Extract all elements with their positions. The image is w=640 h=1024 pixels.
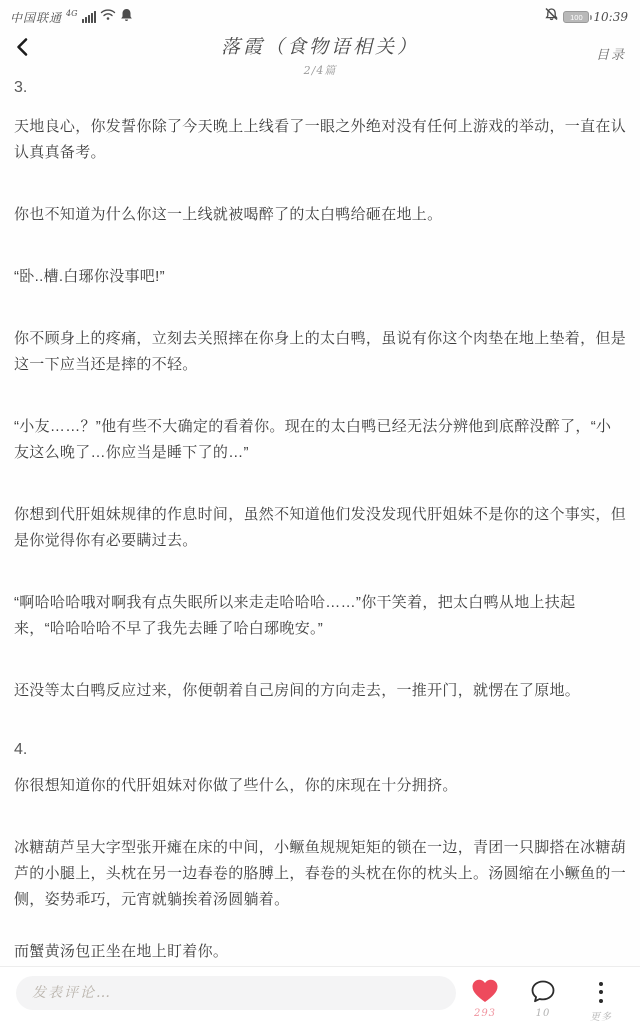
story-paragraph: “啊哈哈哈哦对啊我有点失眠所以来走走哈哈哈……”你干笑着，把太白鸭从地上扶起来，…	[14, 590, 626, 642]
comment-bar: 293 10 更多	[0, 966, 640, 1024]
section-number: 4.	[14, 740, 626, 760]
story-paragraph: “卧..槽.白琊你没事吧!”	[14, 264, 626, 290]
page-title: 落霞（食物语相关）	[0, 28, 640, 59]
status-bar: 中国联通 4G 100 10:39	[0, 0, 640, 28]
story-paragraph: 天地良心，你发誓你除了今天晚上上线看了一眼之外绝对没有任何上游戏的举动，一直在认…	[14, 114, 626, 166]
page-subtitle: 2/4篇	[0, 62, 640, 78]
story-paragraph: 你也不知道为什么你这一上线就被喝醉了的太白鸭给砸在地上。	[14, 202, 626, 228]
header: 落霞（食物语相关） 2/4篇 目录	[0, 28, 640, 74]
story-paragraph: 你很想知道你的代肝姐妹对你做了些什么，你的床现在十分拥挤。	[14, 773, 626, 799]
battery-indicator: 100	[563, 11, 589, 23]
back-button[interactable]	[12, 36, 36, 60]
story-paragraph: 还没等太白鸭反应过来，你便朝着自己房间的方向走去，一推开门，就愣在了原地。	[14, 678, 626, 704]
clock: 10:39	[593, 10, 628, 24]
heart-icon	[471, 976, 499, 1006]
more-dots-icon	[599, 976, 603, 1006]
notification-bell-icon	[120, 8, 133, 27]
story-paragraph: 你不顾身上的疼痛，立刻去关照摔在你身上的太白鸭，虽说有你这个肉垫在地上垫着，但是…	[14, 326, 626, 378]
battery-level: 100	[570, 13, 583, 22]
story-paragraph: 你想到代肝姐妹规律的作息时间，虽然不知道他们发没发现代肝姐妹不是你的这个事实，但…	[14, 502, 626, 554]
toc-button[interactable]: 目录	[596, 44, 626, 63]
more-button[interactable]: 更多	[579, 976, 623, 1023]
chat-bubble-icon	[530, 976, 556, 1006]
signal-strength-icon	[82, 11, 96, 23]
more-label: 更多	[590, 1008, 612, 1023]
comment-input[interactable]	[16, 976, 456, 1010]
story-article: 3. 天地良心，你发誓你除了今天晚上上线看了一眼之外绝对没有任何上游戏的举动，一…	[0, 74, 640, 965]
mute-bell-icon	[544, 7, 559, 27]
like-button[interactable]: 293	[463, 976, 507, 1019]
wifi-icon	[100, 8, 116, 26]
comment-count: 10	[536, 1008, 551, 1019]
story-paragraph: 冰糖葫芦呈大字型张开瘫在床的中间，小鳜鱼规规矩矩的锁在一边，青团一只脚搭在冰糖葫…	[14, 835, 626, 913]
like-count: 293	[474, 1008, 496, 1019]
carrier-label: 中国联通	[10, 9, 62, 26]
comment-button[interactable]: 10	[521, 976, 565, 1019]
story-paragraph: 而蟹黄汤包正坐在地上盯着你。	[14, 939, 626, 965]
network-type-badge: 4G	[66, 9, 77, 18]
section-number: 3.	[14, 78, 626, 98]
story-paragraph: “小友……？”他有些不大确定的看着你。现在的太白鸭已经无法分辨他到底醉没醉了，“…	[14, 414, 626, 466]
